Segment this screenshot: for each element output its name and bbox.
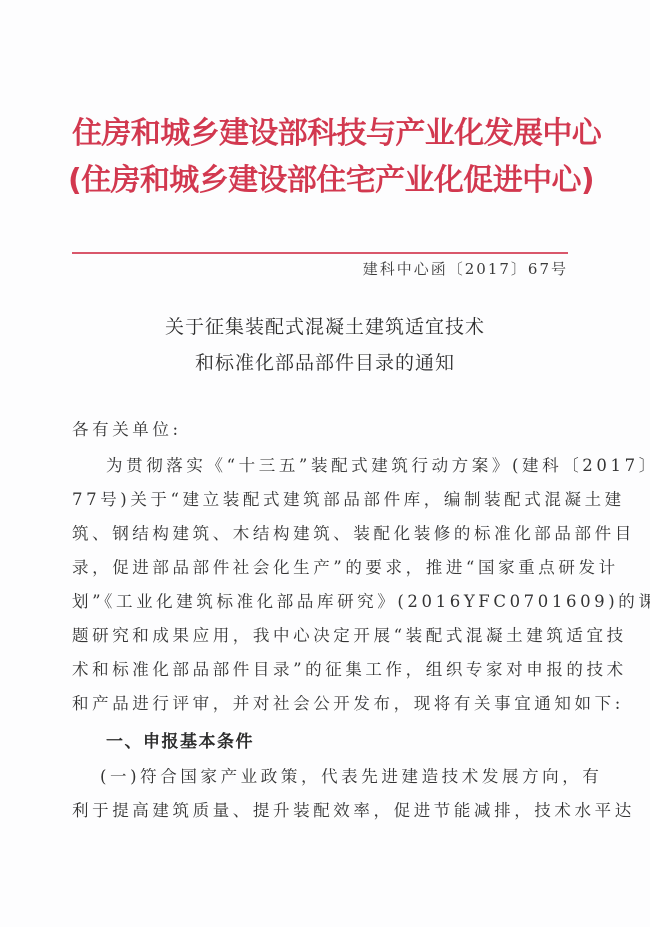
body-line: 和产品进行评审，并对社会公开发布，现将有关事宜通知如下:: [72, 690, 624, 714]
body-line: 筑、钢结构建筑、木结构建筑、装配化装修的标准化部品部件目: [72, 520, 635, 544]
document-title-line-2: 和标准化部品部件目录的通知: [0, 348, 650, 375]
section-line: 利于提高建筑质量、提升装配效率，促进节能减排，技术水平达: [72, 797, 635, 821]
body-line: 划”《工业化建筑标准化部品库研究》(2016YFC0701609)的课: [72, 588, 650, 612]
document-number: 建科中心函〔2017〕67号: [363, 258, 568, 279]
body-line: 题研究和成果应用，我中心决定开展“装配式混凝土建筑适宜技: [72, 622, 627, 646]
document-title-line-1: 关于征集装配式混凝土建筑适宜技术: [0, 312, 650, 339]
red-header-divider: [72, 252, 568, 254]
issuing-organization-name: 住房和城乡建设部科技与产业化发展中心: [72, 108, 601, 152]
section-line: (一)符合国家产业政策，代表先进建造技术发展方向，有: [100, 763, 602, 787]
issuing-organization-alias: (住房和城乡建设部住宅产业化促进中心): [68, 155, 594, 199]
body-line: 录，促进部品部件社会化生产”的要求，推进“国家重点研发计: [72, 554, 619, 578]
body-line: 术和标准化部品部件目录”的征集工作，组织专家对申报的技术: [72, 656, 627, 680]
body-line: 77号)关于“建立装配式建筑部品部件库，编制装配式混凝土建: [72, 486, 625, 510]
section-heading: 一、申报基本条件: [106, 727, 254, 752]
body-line: 为贯彻落实《“十三五”装配式建筑行动方案》(建科〔2017〕: [106, 452, 650, 476]
salutation: 各有关单位:: [72, 416, 182, 440]
